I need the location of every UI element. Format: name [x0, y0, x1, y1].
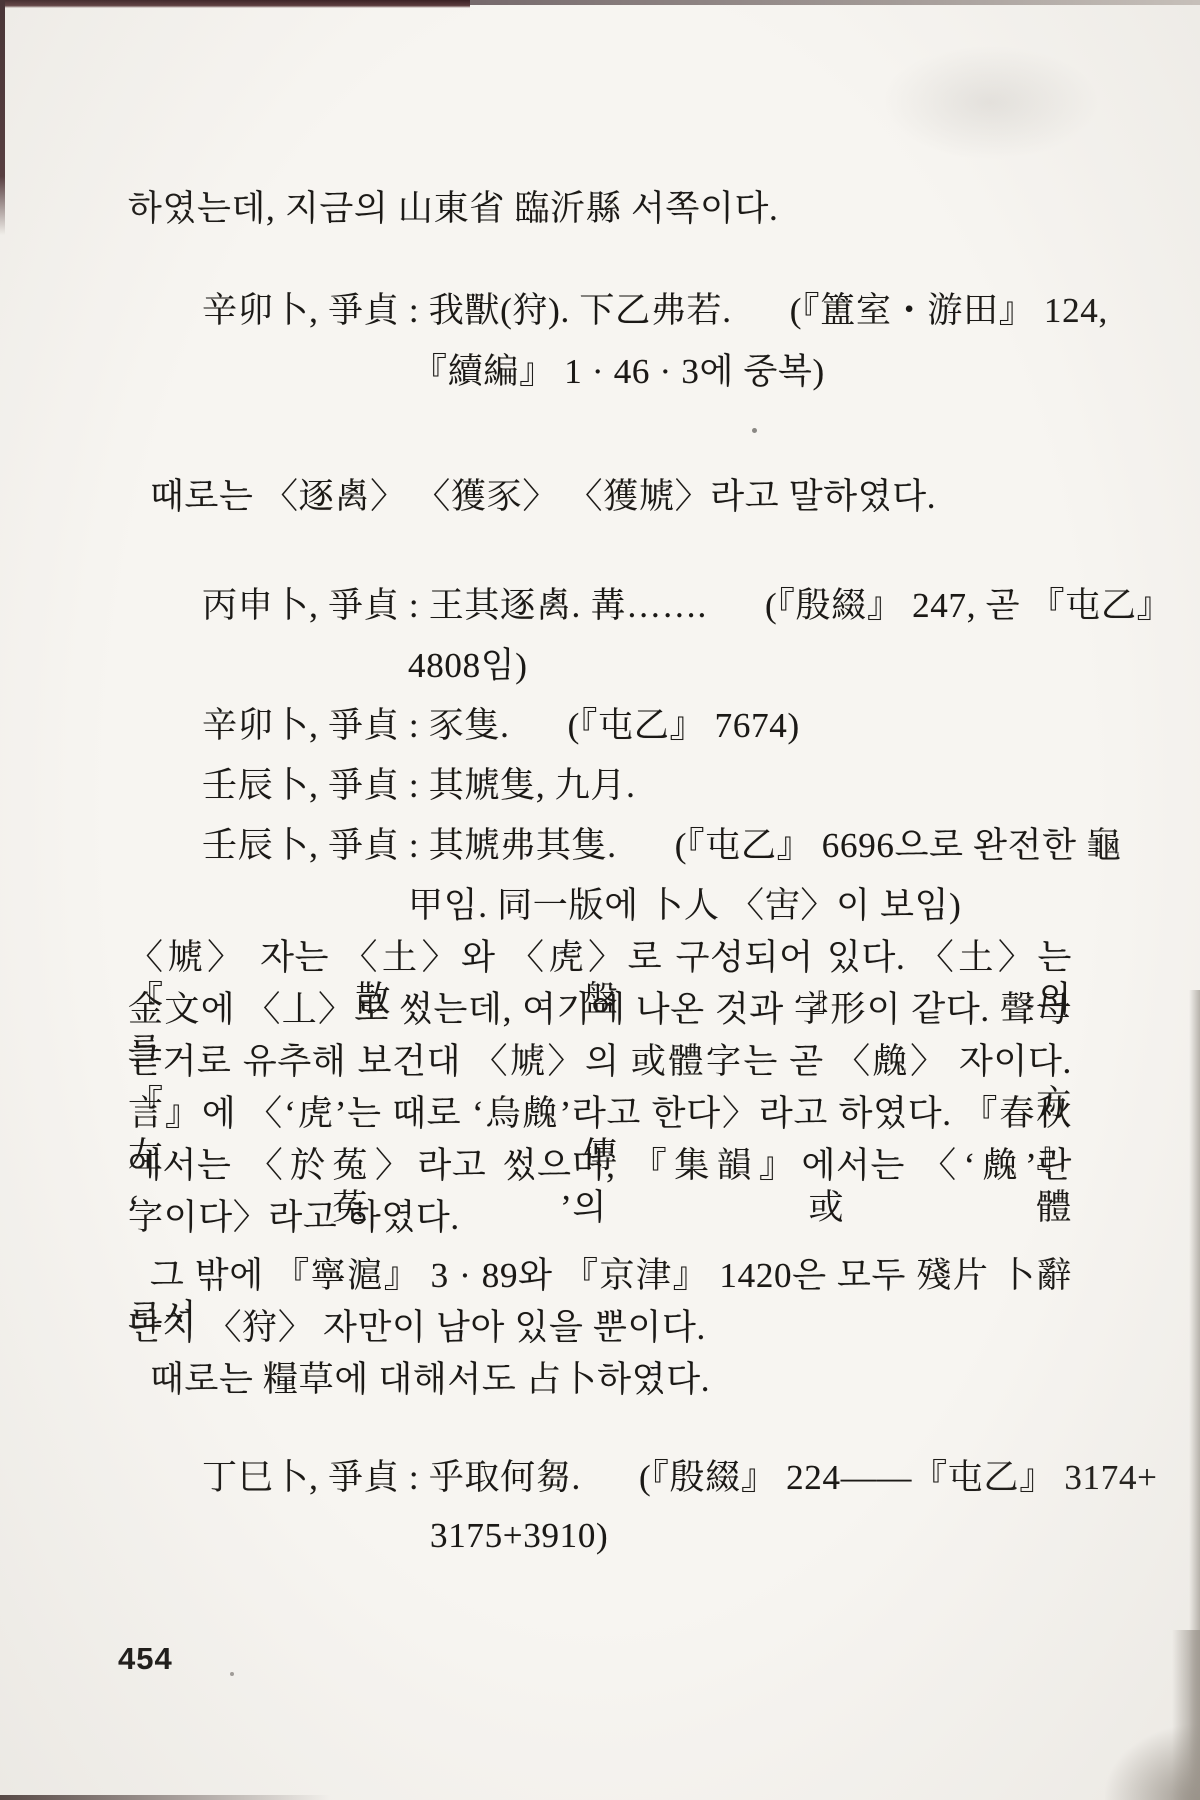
body-paragraph-line: 字이다〉라고 하였다. — [128, 1197, 460, 1239]
citation-continuation: 『續編』 1 · 46 · 3에 중복) — [412, 351, 825, 393]
citation-reference: (『殷綴』 247, 곧 『屯乙』 — [765, 586, 1172, 625]
scan-artifact-top-edge — [0, 0, 470, 8]
citation-continuation: 4808임) — [408, 645, 528, 687]
citation-continuation: 甲임. 同一版에 卜人 〈㝒〉이 보임) — [408, 885, 961, 927]
scan-artifact-bottom-edge — [0, 1795, 330, 1800]
quote-line: 壬辰卜, 爭貞 : 其虓隻, 九月. — [202, 765, 636, 807]
scan-artifact-corner — [1105, 1725, 1200, 1800]
citation-reference: (『殷綴』 224——『屯乙』 3174+ — [639, 1458, 1158, 1497]
scan-smudge — [880, 45, 1100, 160]
scan-artifact-right-edge — [1172, 1630, 1200, 1800]
citation-reference: (『屯乙』 6696으로 완전한 龜 — [675, 826, 1122, 865]
page-number: 454 — [118, 1641, 173, 1677]
citation-reference: (『簠室・游田』 124, — [790, 291, 1108, 330]
scan-artifact-left-edge — [0, 0, 5, 235]
oracle-inscription-text: 辛卯卜, 爭貞 : 我獸(狩). 下乙弗若. — [202, 291, 732, 330]
quote-line: 丁巳卜, 爭貞 : 乎取何芻.(『殷綴』 224——『屯乙』 3174+ — [202, 1457, 1158, 1499]
body-paragraph-line: 단지 〈狩〉 자만이 남아 있을 뿐이다. — [128, 1307, 706, 1349]
body-paragraph-line: 때로는 糧草에 대해서도 占卜하였다. — [128, 1359, 710, 1401]
citation-reference: (『屯乙』 7674) — [568, 706, 800, 745]
scan-artifact-top-edge — [470, 0, 1200, 5]
body-paragraph-line: 때로는 〈逐禼〉 〈獲豕〉 〈獲虓〉라고 말하였다. — [128, 476, 936, 518]
paragraph-continuation-line: 하였는데, 지금의 山東省 臨沂縣 서쪽이다. — [128, 188, 779, 230]
scanned-book-page: 하였는데, 지금의 山東省 臨沂縣 서쪽이다. 辛卯卜, 爭貞 : 我獸(狩).… — [0, 0, 1200, 1800]
oracle-inscription-text: 丙申卜, 爭貞 : 王其逐禼. 冓……. — [202, 586, 707, 625]
oracle-inscription-text: 丁巳卜, 爭貞 : 乎取何芻. — [202, 1458, 581, 1497]
oracle-inscription-text: 辛卯卜, 爭貞 : 豕隻. — [202, 706, 510, 745]
scan-speck — [752, 428, 757, 433]
oracle-inscription-text: 壬辰卜, 爭貞 : 其虓弗其隻. — [202, 826, 617, 865]
scan-speck — [230, 1672, 234, 1676]
quote-line: 辛卯卜, 爭貞 : 我獸(狩). 下乙弗若.(『簠室・游田』 124, — [202, 290, 1108, 332]
citation-continuation: 3175+3910) — [430, 1515, 608, 1557]
quote-line: 壬辰卜, 爭貞 : 其虓弗其隻.(『屯乙』 6696으로 완전한 龜 — [202, 825, 1122, 867]
quote-line: 辛卯卜, 爭貞 : 豕隻.(『屯乙』 7674) — [202, 705, 800, 747]
quote-line: 丙申卜, 爭貞 : 王其逐禼. 冓…….(『殷綴』 247, 곧 『屯乙』 — [202, 585, 1172, 627]
scan-artifact-right-edge — [1189, 990, 1200, 1800]
